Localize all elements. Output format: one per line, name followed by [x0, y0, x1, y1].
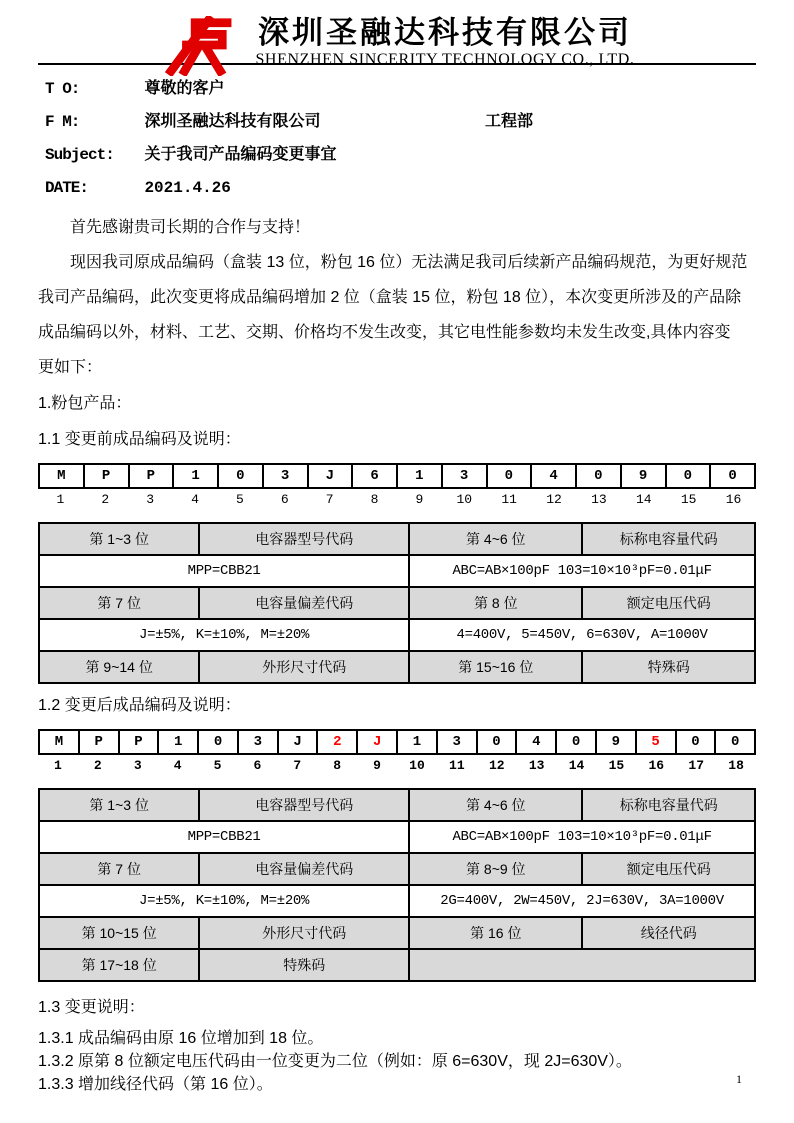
table-cell: 第 16 位: [409, 917, 582, 949]
code-cell: 1: [172, 465, 217, 487]
code-cell: 1: [157, 731, 197, 753]
product-code-table-after: 第 1~3 位电容器型号代码第 4~6 位标称电容量代码MPP=CBB21ABC…: [38, 788, 756, 982]
code-cell: 0: [197, 731, 237, 753]
code-position: 10: [442, 492, 487, 514]
code-strip-after: MPP103J2J130409500 123456789101112131415…: [38, 729, 756, 780]
table-cell: 额定电压代码: [582, 853, 755, 885]
table-cell: ABC=AB×100pF 103=10×10³pF=0.01μF: [409, 821, 755, 853]
code-cell: 0: [714, 731, 754, 753]
code-cell: 3: [237, 731, 277, 753]
table-cell: 2G=400V, 2W=450V, 2J=630V, 3A=1000V: [409, 885, 755, 917]
change-note: 1.3.2 原第 8 位额定电压代码由一位变更为二位（例如：原 6=630V，现…: [38, 1048, 756, 1071]
code-strip-after-positions: 123456789101112131415161718: [38, 758, 756, 780]
table-cell: 特殊码: [582, 651, 755, 683]
code-cell: 0: [709, 465, 754, 487]
code-cell: 1: [396, 465, 441, 487]
subject-value: 关于我司产品编码变更事宜: [144, 146, 336, 163]
code-cell: 4: [515, 731, 555, 753]
page-number: 1: [736, 1072, 742, 1087]
code-cell: 3: [262, 465, 307, 487]
to-value: 尊敬的客户: [144, 80, 224, 97]
code-position: 1: [38, 758, 78, 780]
intro-paragraph: 现因我司原成品编码（盒装 13 位，粉包 16 位）无法满足我司后续新产品编码规…: [38, 245, 756, 385]
code-position: 13: [577, 492, 622, 514]
table-cell: MPP=CBB21: [39, 555, 409, 587]
code-cell: P: [128, 465, 173, 487]
table-cell: 标称电容量代码: [582, 789, 755, 821]
code-position: 2: [83, 492, 128, 514]
table-cell: J=±5%, K=±10%, M=±20%: [39, 619, 409, 651]
change-notes: 1.3 变更说明： 1.3.1 成品编码由原 16 位增加到 18 位。1.3.…: [38, 990, 756, 1094]
code-position: 2: [78, 758, 118, 780]
code-cell: 0: [217, 465, 262, 487]
date-label: DATE:: [45, 173, 140, 203]
product-code-table-before: 第 1~3 位电容器型号代码第 4~6 位标称电容量代码MPP=CBB21ABC…: [38, 522, 756, 684]
body-paragraph-line: 我司产品编码，此次变更将成品编码增加 2 位（盒装 15 位，粉包 18 位），…: [38, 280, 756, 315]
code-strip-before-positions: 12345678910111213141516: [38, 492, 756, 514]
table-cell: 第 8 位: [409, 587, 582, 619]
body-paragraph-line: 现因我司原成品编码（盒装 13 位，粉包 16 位）无法满足我司后续新产品编码规…: [38, 245, 756, 280]
letterhead: 深圳圣融达科技有限公司 SHENZHEN SINCERITY TECHNOLOG…: [0, 0, 794, 62]
table-cell: 电容器型号代码: [199, 523, 409, 555]
code-cell: 4: [530, 465, 575, 487]
table-cell: 外形尺寸代码: [199, 917, 409, 949]
table-cell: 第 4~6 位: [409, 523, 582, 555]
fm-label: F M:: [45, 107, 140, 137]
meta-row-fm: F M: 深圳圣融达科技有限公司 工程部: [45, 107, 756, 140]
meta-row-date: DATE: 2021.4.26: [45, 173, 756, 206]
code-position: 12: [477, 758, 517, 780]
code-position: 7: [307, 492, 352, 514]
table-cell: 第 7 位: [39, 853, 199, 885]
table-cell: 第 7 位: [39, 587, 199, 619]
table-cell: 额定电压代码: [582, 587, 755, 619]
company-name-en: SHENZHEN SINCERITY TECHNOLOGY CO., LTD.: [255, 50, 634, 70]
code-position: 14: [621, 492, 666, 514]
code-cell: M: [40, 465, 83, 487]
date-value: 2021.4.26: [144, 179, 230, 197]
code-position: 8: [317, 758, 357, 780]
table-cell: 标称电容量代码: [582, 523, 755, 555]
code-cell: P: [118, 731, 158, 753]
change-note-list: 1.3.1 成品编码由原 16 位增加到 18 位。1.3.2 原第 8 位额定…: [38, 1025, 756, 1094]
code-position: 9: [357, 758, 397, 780]
table-cell: 外形尺寸代码: [199, 651, 409, 683]
code-cell: 0: [675, 731, 715, 753]
table-cell: 第 10~15 位: [39, 917, 199, 949]
table-cell: 特殊码: [199, 949, 409, 981]
code-cell: M: [40, 731, 78, 753]
section-1-3-heading: 1.3 变更说明：: [38, 990, 756, 1025]
table-cell: 第 8~9 位: [409, 853, 582, 885]
code-position: 1: [38, 492, 83, 514]
code-cell: P: [78, 731, 118, 753]
code-position: 16: [711, 492, 756, 514]
table-cell: MPP=CBB21: [39, 821, 409, 853]
code-position: 6: [262, 492, 307, 514]
code-position: 18: [716, 758, 756, 780]
code-position: 13: [517, 758, 557, 780]
section-1-heading: 1.粉包产品：: [38, 386, 756, 421]
body-paragraph-line: 成品编码以外，材料、工艺、交期、价格均不发生改变，其它电性能参数均未发生改变,具…: [38, 315, 756, 350]
code-strip-before-cells: MPP103J613040900: [38, 463, 756, 489]
code-position: 4: [158, 758, 198, 780]
code-position: 14: [557, 758, 597, 780]
letter-meta: T O: 尊敬的客户 F M: 深圳圣融达科技有限公司 工程部 Subject:…: [38, 74, 756, 206]
change-note: 1.3.1 成品编码由原 16 位增加到 18 位。: [38, 1025, 756, 1048]
code-position: 11: [437, 758, 477, 780]
code-position: 9: [397, 492, 442, 514]
body-paragraph-line: 更如下：: [38, 350, 756, 385]
table-cell: 第 9~14 位: [39, 651, 199, 683]
code-strip-after-cells: MPP103J2J130409500: [38, 729, 756, 755]
code-cell: J: [307, 465, 352, 487]
table-cell: J=±5%, K=±10%, M=±20%: [39, 885, 409, 917]
table-cell: 电容器型号代码: [199, 789, 409, 821]
code-position: 15: [666, 492, 711, 514]
code-cell: 6: [351, 465, 396, 487]
section-1-1-heading: 1.1 变更前成品编码及说明：: [38, 422, 756, 457]
to-label: T O:: [45, 74, 140, 104]
code-cell: 9: [595, 731, 635, 753]
code-cell: 0: [555, 731, 595, 753]
meta-row-subject: Subject: 关于我司产品编码变更事宜: [45, 140, 756, 173]
code-position: 4: [173, 492, 218, 514]
sincerity-sr-monogram-icon: [159, 16, 241, 76]
code-position: 3: [128, 492, 173, 514]
table-cell: 线径代码: [582, 917, 755, 949]
code-position: 8: [352, 492, 397, 514]
code-cell: J: [277, 731, 317, 753]
code-cell: 3: [436, 731, 476, 753]
code-position: 5: [218, 492, 263, 514]
code-position: 10: [397, 758, 437, 780]
code-position: 7: [277, 758, 317, 780]
code-cell: 5: [635, 731, 675, 753]
table-cell: 第 1~3 位: [39, 523, 199, 555]
table-cell: 第 17~18 位: [39, 949, 199, 981]
table-cell: ABC=AB×100pF 103=10×10³pF=0.01μF: [409, 555, 755, 587]
table-cell: 电容量偏差代码: [199, 853, 409, 885]
code-cell: P: [83, 465, 128, 487]
meta-row-to: T O: 尊敬的客户: [45, 74, 756, 107]
code-cell: 2: [316, 731, 356, 753]
code-position: 11: [487, 492, 532, 514]
greeting-line: 首先感谢贵司长期的合作与支持！: [38, 210, 756, 245]
document-page: 深圳圣融达科技有限公司 SHENZHEN SINCERITY TECHNOLOG…: [0, 0, 794, 1123]
code-cell: 9: [620, 465, 665, 487]
code-cell: 0: [476, 731, 516, 753]
code-cell: 0: [665, 465, 710, 487]
code-position: 12: [532, 492, 577, 514]
section-1-2-heading: 1.2 变更后成品编码及说明：: [38, 688, 756, 723]
table-cell: 第 1~3 位: [39, 789, 199, 821]
table-cell: 第 15~16 位: [409, 651, 582, 683]
company-titles: 深圳圣融达科技有限公司 SHENZHEN SINCERITY TECHNOLOG…: [255, 16, 634, 70]
code-position: 3: [118, 758, 158, 780]
letter-body: 首先感谢贵司长期的合作与支持！ 现因我司原成品编码（盒装 13 位，粉包 16 …: [38, 210, 756, 457]
code-cell: 1: [396, 731, 436, 753]
fm-value: 深圳圣融达科技有限公司: [144, 113, 320, 130]
code-cell: 0: [486, 465, 531, 487]
table-cell: 第 4~6 位: [409, 789, 582, 821]
code-position: 5: [198, 758, 238, 780]
code-cell: J: [356, 731, 396, 753]
subject-label: Subject:: [45, 140, 140, 170]
company-name-cn: 深圳圣融达科技有限公司: [255, 16, 634, 50]
code-cell: 3: [441, 465, 486, 487]
table-cell: [409, 949, 755, 981]
fm-department: 工程部: [485, 107, 533, 137]
code-cell: 0: [575, 465, 620, 487]
section-1-2-block: 1.2 变更后成品编码及说明：: [38, 688, 756, 723]
change-note: 1.3.3 增加线径代码（第 16 位）。: [38, 1071, 756, 1094]
code-strip-before: MPP103J613040900 12345678910111213141516: [38, 463, 756, 514]
code-position: 6: [237, 758, 277, 780]
code-position: 16: [636, 758, 676, 780]
table-cell: 4=400V, 5=450V, 6=630V, A=1000V: [409, 619, 755, 651]
code-position: 17: [676, 758, 716, 780]
table-cell: 电容量偏差代码: [199, 587, 409, 619]
code-position: 15: [596, 758, 636, 780]
